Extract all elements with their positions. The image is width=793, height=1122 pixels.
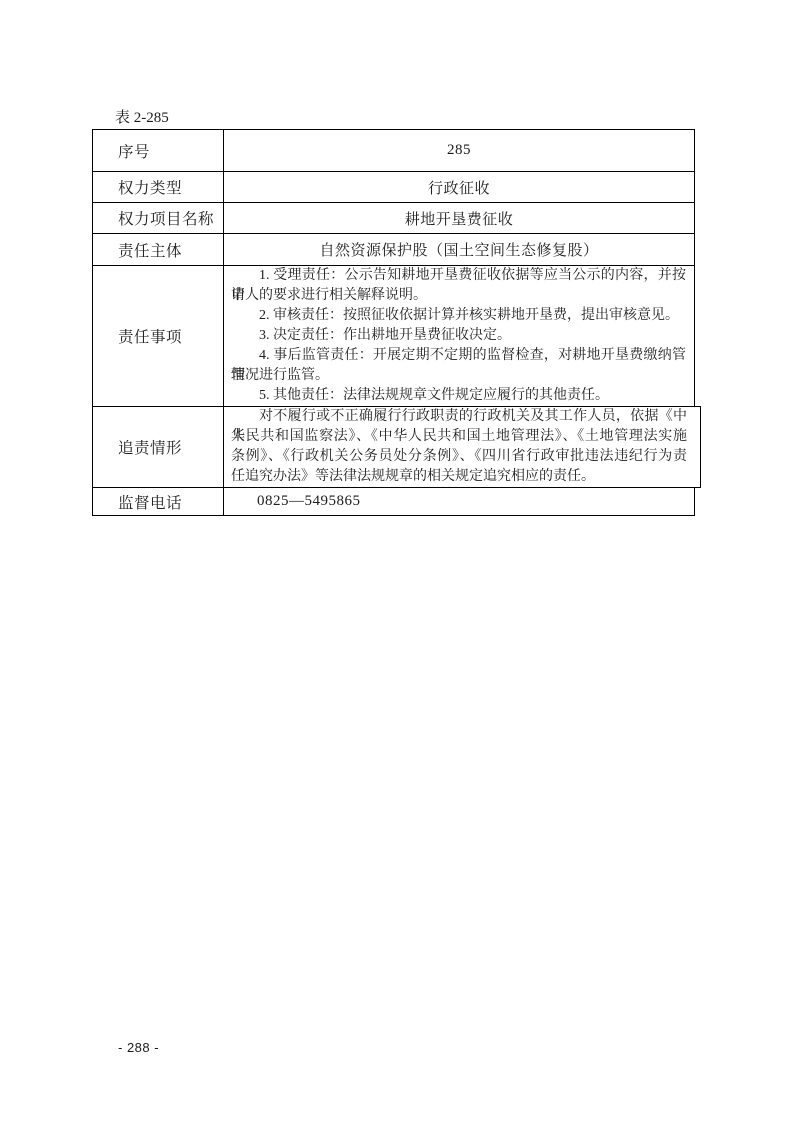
row-label: 追责情形 bbox=[93, 407, 224, 487]
paragraph-line: 人民共和国监察法》、《中华人民共和国土地管理法》、《土地管理法实施 bbox=[224, 427, 695, 447]
row-label: 权力项目名称 bbox=[93, 203, 224, 233]
row-value: 耕地开垦费征收 bbox=[224, 203, 694, 233]
table-row-accountability-circumstances: 追责情形 对不履行或不正确履行行政职责的行政机关及其工作人员，依据《中华 人民共… bbox=[92, 407, 695, 488]
table-caption: 表 2-285 bbox=[115, 106, 169, 127]
row-value: 行政征收 bbox=[224, 172, 694, 202]
responsibility-table: 序号 285 权力类型 行政征收 权力项目名称 耕地开垦费征收 责任主体 自然资… bbox=[92, 129, 695, 516]
paragraph-line: 对不履行或不正确履行行政职责的行政机关及其工作人员，依据《中华 bbox=[224, 407, 695, 427]
row-value: 285 bbox=[224, 130, 694, 171]
row-label: 责任事项 bbox=[93, 266, 224, 406]
paragraph-line: 任追究办法》等法律法规规章的相关规定追究相应的责任。 bbox=[224, 467, 695, 487]
table-row-responsible-body: 责任主体 自然资源保护股（国土空间生态修复股） bbox=[92, 234, 695, 266]
table-row-supervision-phone: 监督电话 0825—5495865 bbox=[92, 488, 695, 516]
responsibility-items-text: 1. 受理责任：公示告知耕地开垦费征收依据等应当公示的内容，并按申 请人的要求进… bbox=[224, 266, 694, 406]
paragraph-line: 条例》、《行政机关公务员处分条例》、《四川省行政审批违法违纪行为责 bbox=[224, 447, 695, 467]
accountability-text: 对不履行或不正确履行行政职责的行政机关及其工作人员，依据《中华 人民共和国监察法… bbox=[224, 407, 695, 487]
row-label: 监督电话 bbox=[93, 488, 224, 515]
paragraph-line: 5. 其他责任：法律法规规章文件规定应履行的其他责任。 bbox=[224, 386, 694, 406]
paragraph-line: 请人的要求进行相关解释说明。 bbox=[224, 286, 694, 306]
row-label: 责任主体 bbox=[93, 234, 224, 265]
footer-page-number: - 288 - bbox=[118, 1040, 159, 1055]
row-value: 自然资源保护股（国土空间生态修复股） bbox=[224, 234, 694, 265]
paragraph-line: 3. 决定责任：作出耕地开垦费征收决定。 bbox=[224, 326, 694, 346]
paragraph-line: 1. 受理责任：公示告知耕地开垦费征收依据等应当公示的内容，并按申 bbox=[224, 266, 694, 286]
row-label: 权力类型 bbox=[93, 172, 224, 202]
table-row-serial-number: 序号 285 bbox=[92, 130, 695, 172]
row-label: 序号 bbox=[93, 130, 224, 171]
table-row-power-item-name: 权力项目名称 耕地开垦费征收 bbox=[92, 203, 695, 234]
table-row-power-type: 权力类型 行政征收 bbox=[92, 172, 695, 203]
paragraph-line: 情况进行监管。 bbox=[224, 366, 694, 386]
paragraph-line: 2. 审核责任：按照征收依据计算并核实耕地开垦费，提出审核意见。 bbox=[224, 306, 694, 326]
table-row-responsibility-items: 责任事项 1. 受理责任：公示告知耕地开垦费征收依据等应当公示的内容，并按申 请… bbox=[92, 266, 695, 407]
paragraph-line: 4. 事后监管责任：开展定期不定期的监督检查，对耕地开垦费缴纳管理 bbox=[224, 346, 694, 366]
supervision-phone-number: 0825—5495865 bbox=[224, 488, 694, 515]
